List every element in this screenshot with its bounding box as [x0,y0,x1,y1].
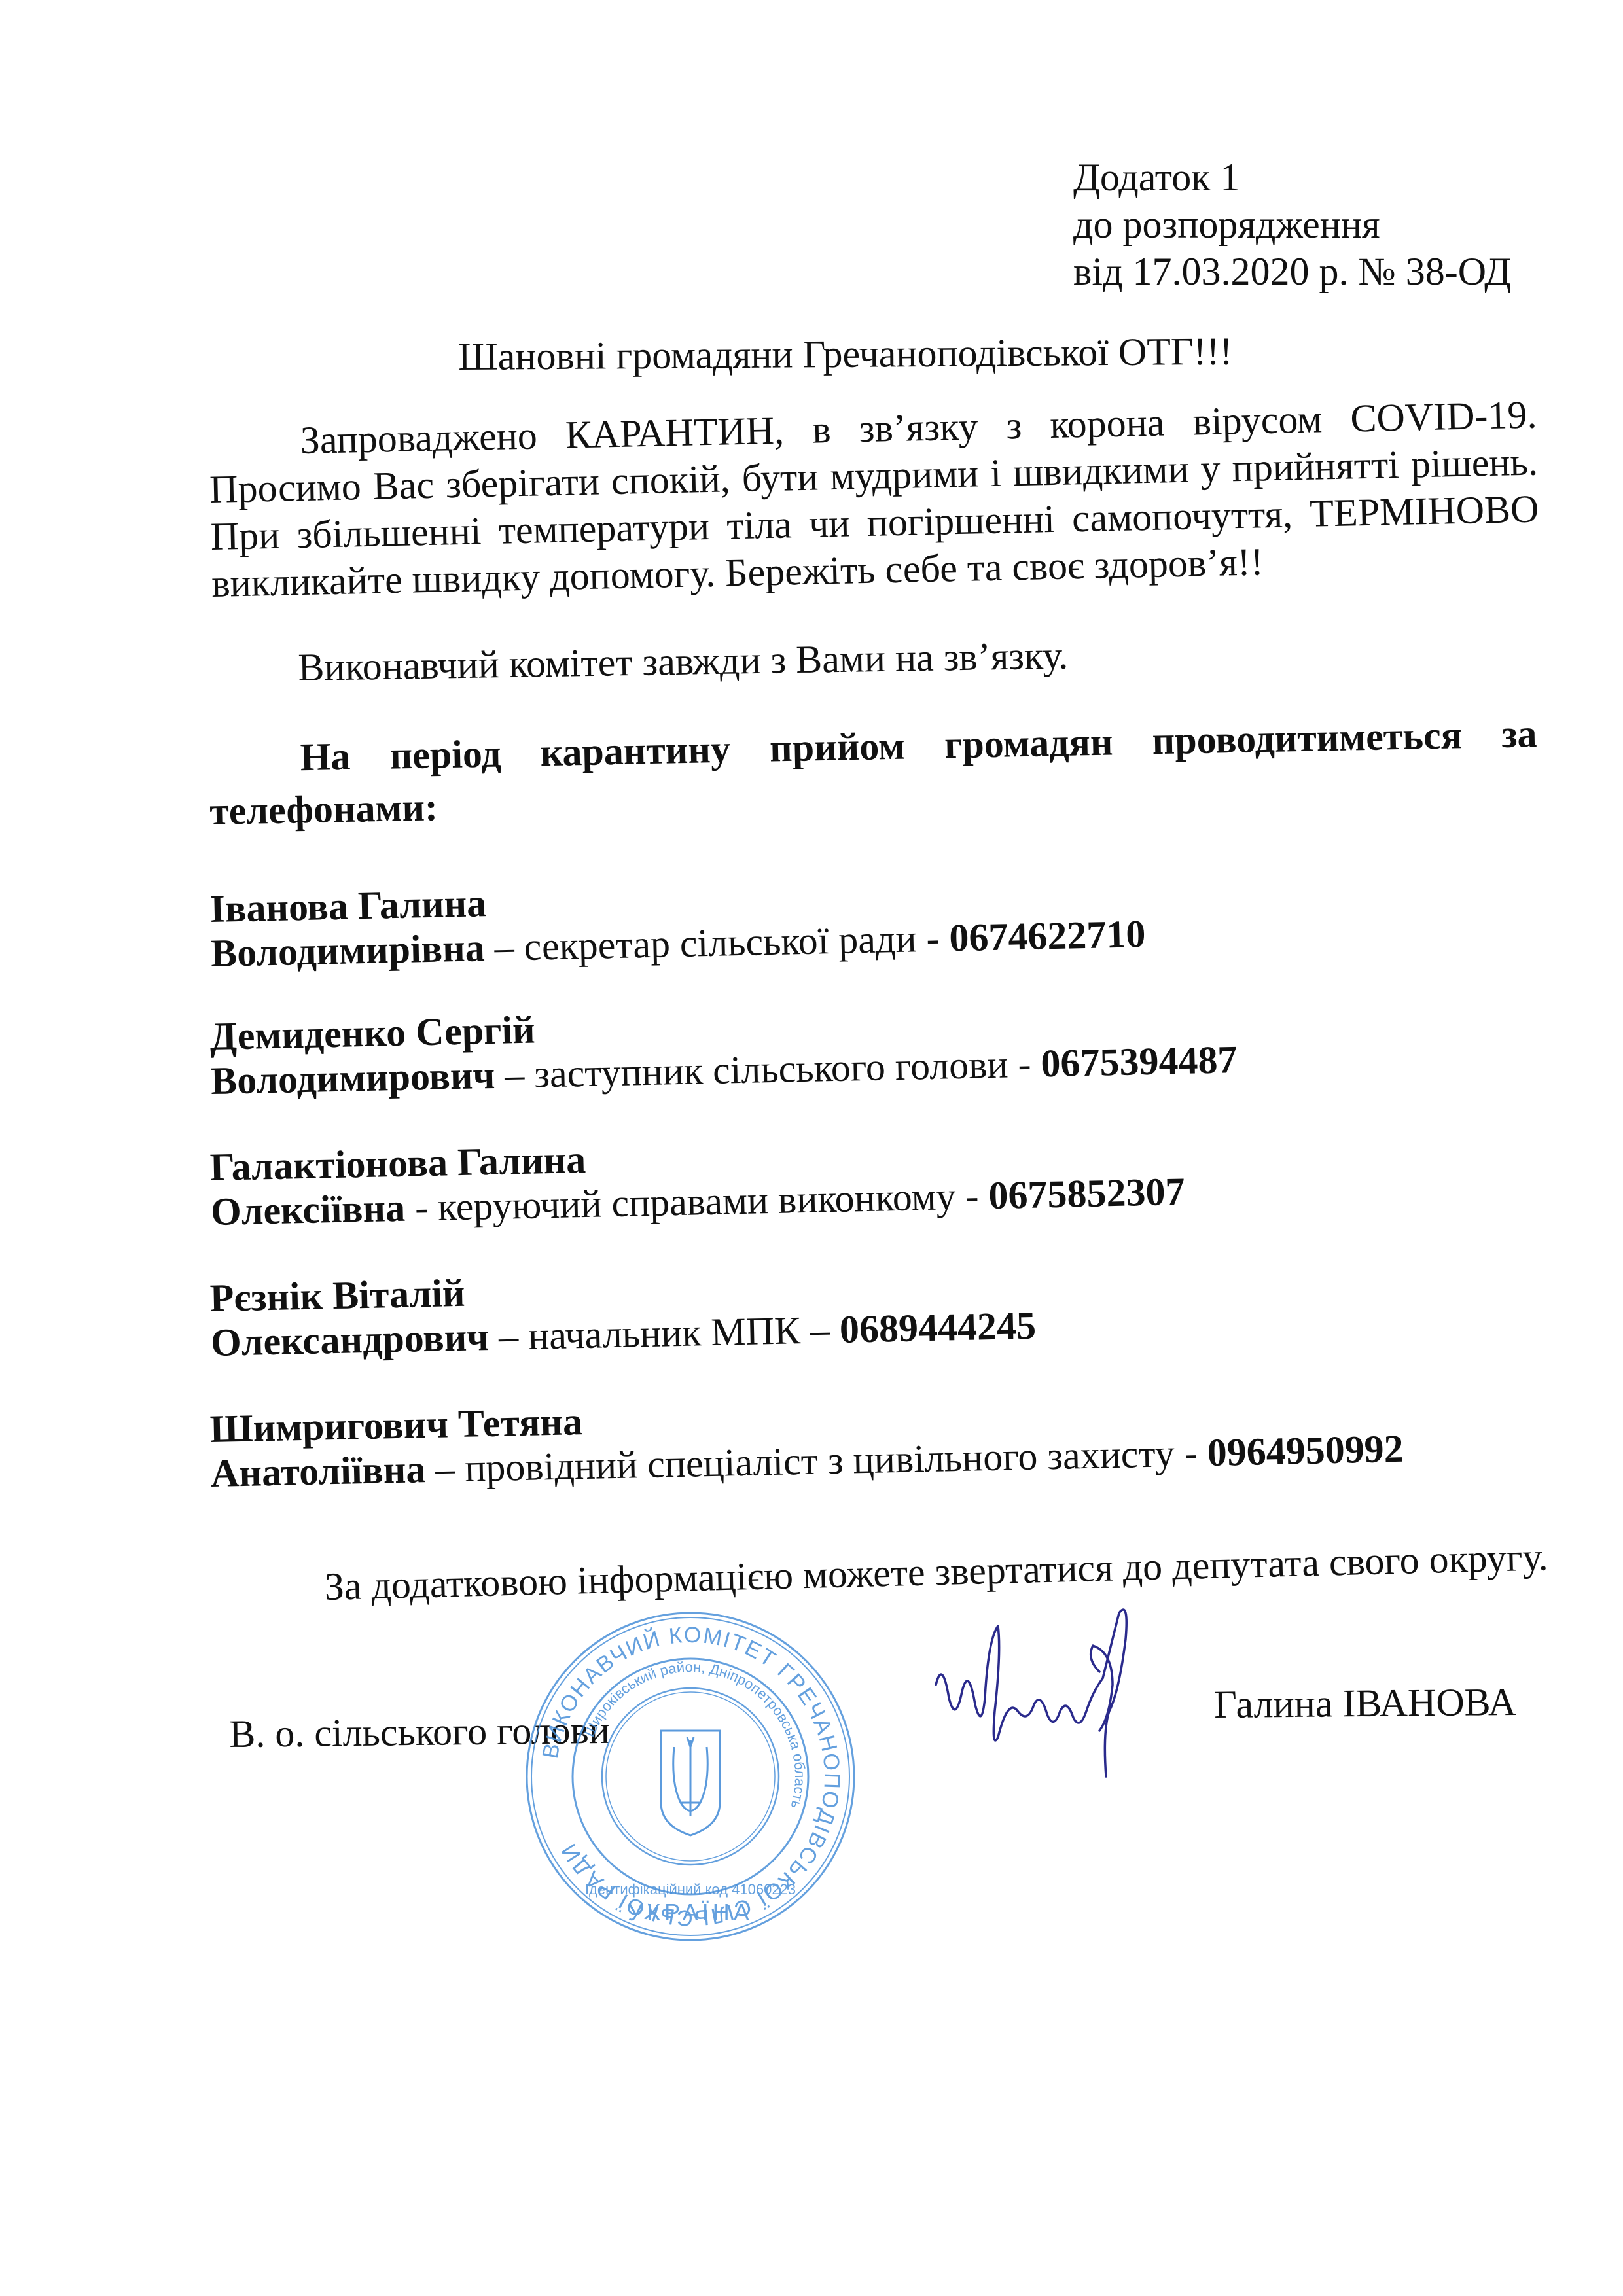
contact-patronymic: Володимирович [210,1053,495,1103]
committee-note: Виконавчий комітет завжди з Вами на зв’я… [298,636,1069,687]
contact-entry: Іванова Галина Володимирівна – секретар … [209,867,1146,976]
contact-position: секретар сільської ради - [524,916,950,968]
contact-separator: – [488,1315,528,1358]
contact-position: заступник сільського голови - [534,1042,1042,1095]
trident-icon [661,1731,720,1835]
contact-position: начальник МПК – [527,1308,840,1358]
contact-phone: 0689444245 [839,1304,1036,1351]
contact-entry: Галактіонова Галина Олексіївна - керуючи… [209,1125,1185,1234]
contact-separator: – [484,925,524,969]
contact-phone: 0964950992 [1207,1427,1404,1474]
footer-note: За додатковою інформацією можете звертат… [324,1537,1548,1606]
quarantine-notice: Запроваджено КАРАНТИН, в зв’язку з корон… [208,391,1541,607]
official-stamp: ВИКОНАВЧИЙ КОМІТЕТ ГРЕЧАНОПОДІВСЬКОЇ СІЛ… [520,1606,861,1947]
contact-patronymic: Олексіївна [210,1186,405,1233]
reception-line-2: телефонами: [209,785,438,833]
annex-header: Додаток 1 до розпорядження від 17.03.202… [1073,154,1511,295]
contact-patronymic: Володимирівна [210,926,485,975]
contact-patronymic: Олександрович [210,1315,489,1364]
contact-separator: – [425,1447,465,1491]
contact-entry: Рєзнік Віталій Олександрович – начальник… [209,1259,1037,1365]
contact-entry: Шимригович Тетяна Анатоліївна – провідни… [209,1382,1404,1496]
stamp-country-text: УКРАЇНА [628,1899,753,1926]
annex-title: Додаток 1 [1073,154,1511,201]
contact-phone: 0675852307 [988,1170,1185,1217]
annex-date-number: від 17.03.2020 р. № 38-ОД [1073,248,1511,295]
handwritten-signature [923,1600,1171,1790]
document-page: Додаток 1 до розпорядження від 17.03.202… [0,0,1623,2296]
contact-patronymic: Анатоліївна [210,1447,426,1495]
reception-heading: На період карантину прийом громадян пров… [208,707,1539,838]
contact-phone: 0674622710 [949,912,1146,959]
contact-separator: - [404,1186,438,1229]
annex-reference: до розпорядження [1073,201,1511,248]
contact-separator: – [495,1053,535,1097]
contact-entry: Демиденко Сергій Володимирович – заступн… [209,993,1238,1103]
greeting-heading: Шановні громадяни Гречаноподівської ОТГ!… [458,332,1233,376]
stamp-code-text: Ідентифікаційний код 41060223 [585,1881,796,1898]
contact-phone: 0675394487 [1041,1038,1238,1085]
signatory-name: Галина ІВАНОВА [1214,1682,1516,1724]
reception-line-1: На період карантину прийом громадян пров… [208,707,1537,785]
